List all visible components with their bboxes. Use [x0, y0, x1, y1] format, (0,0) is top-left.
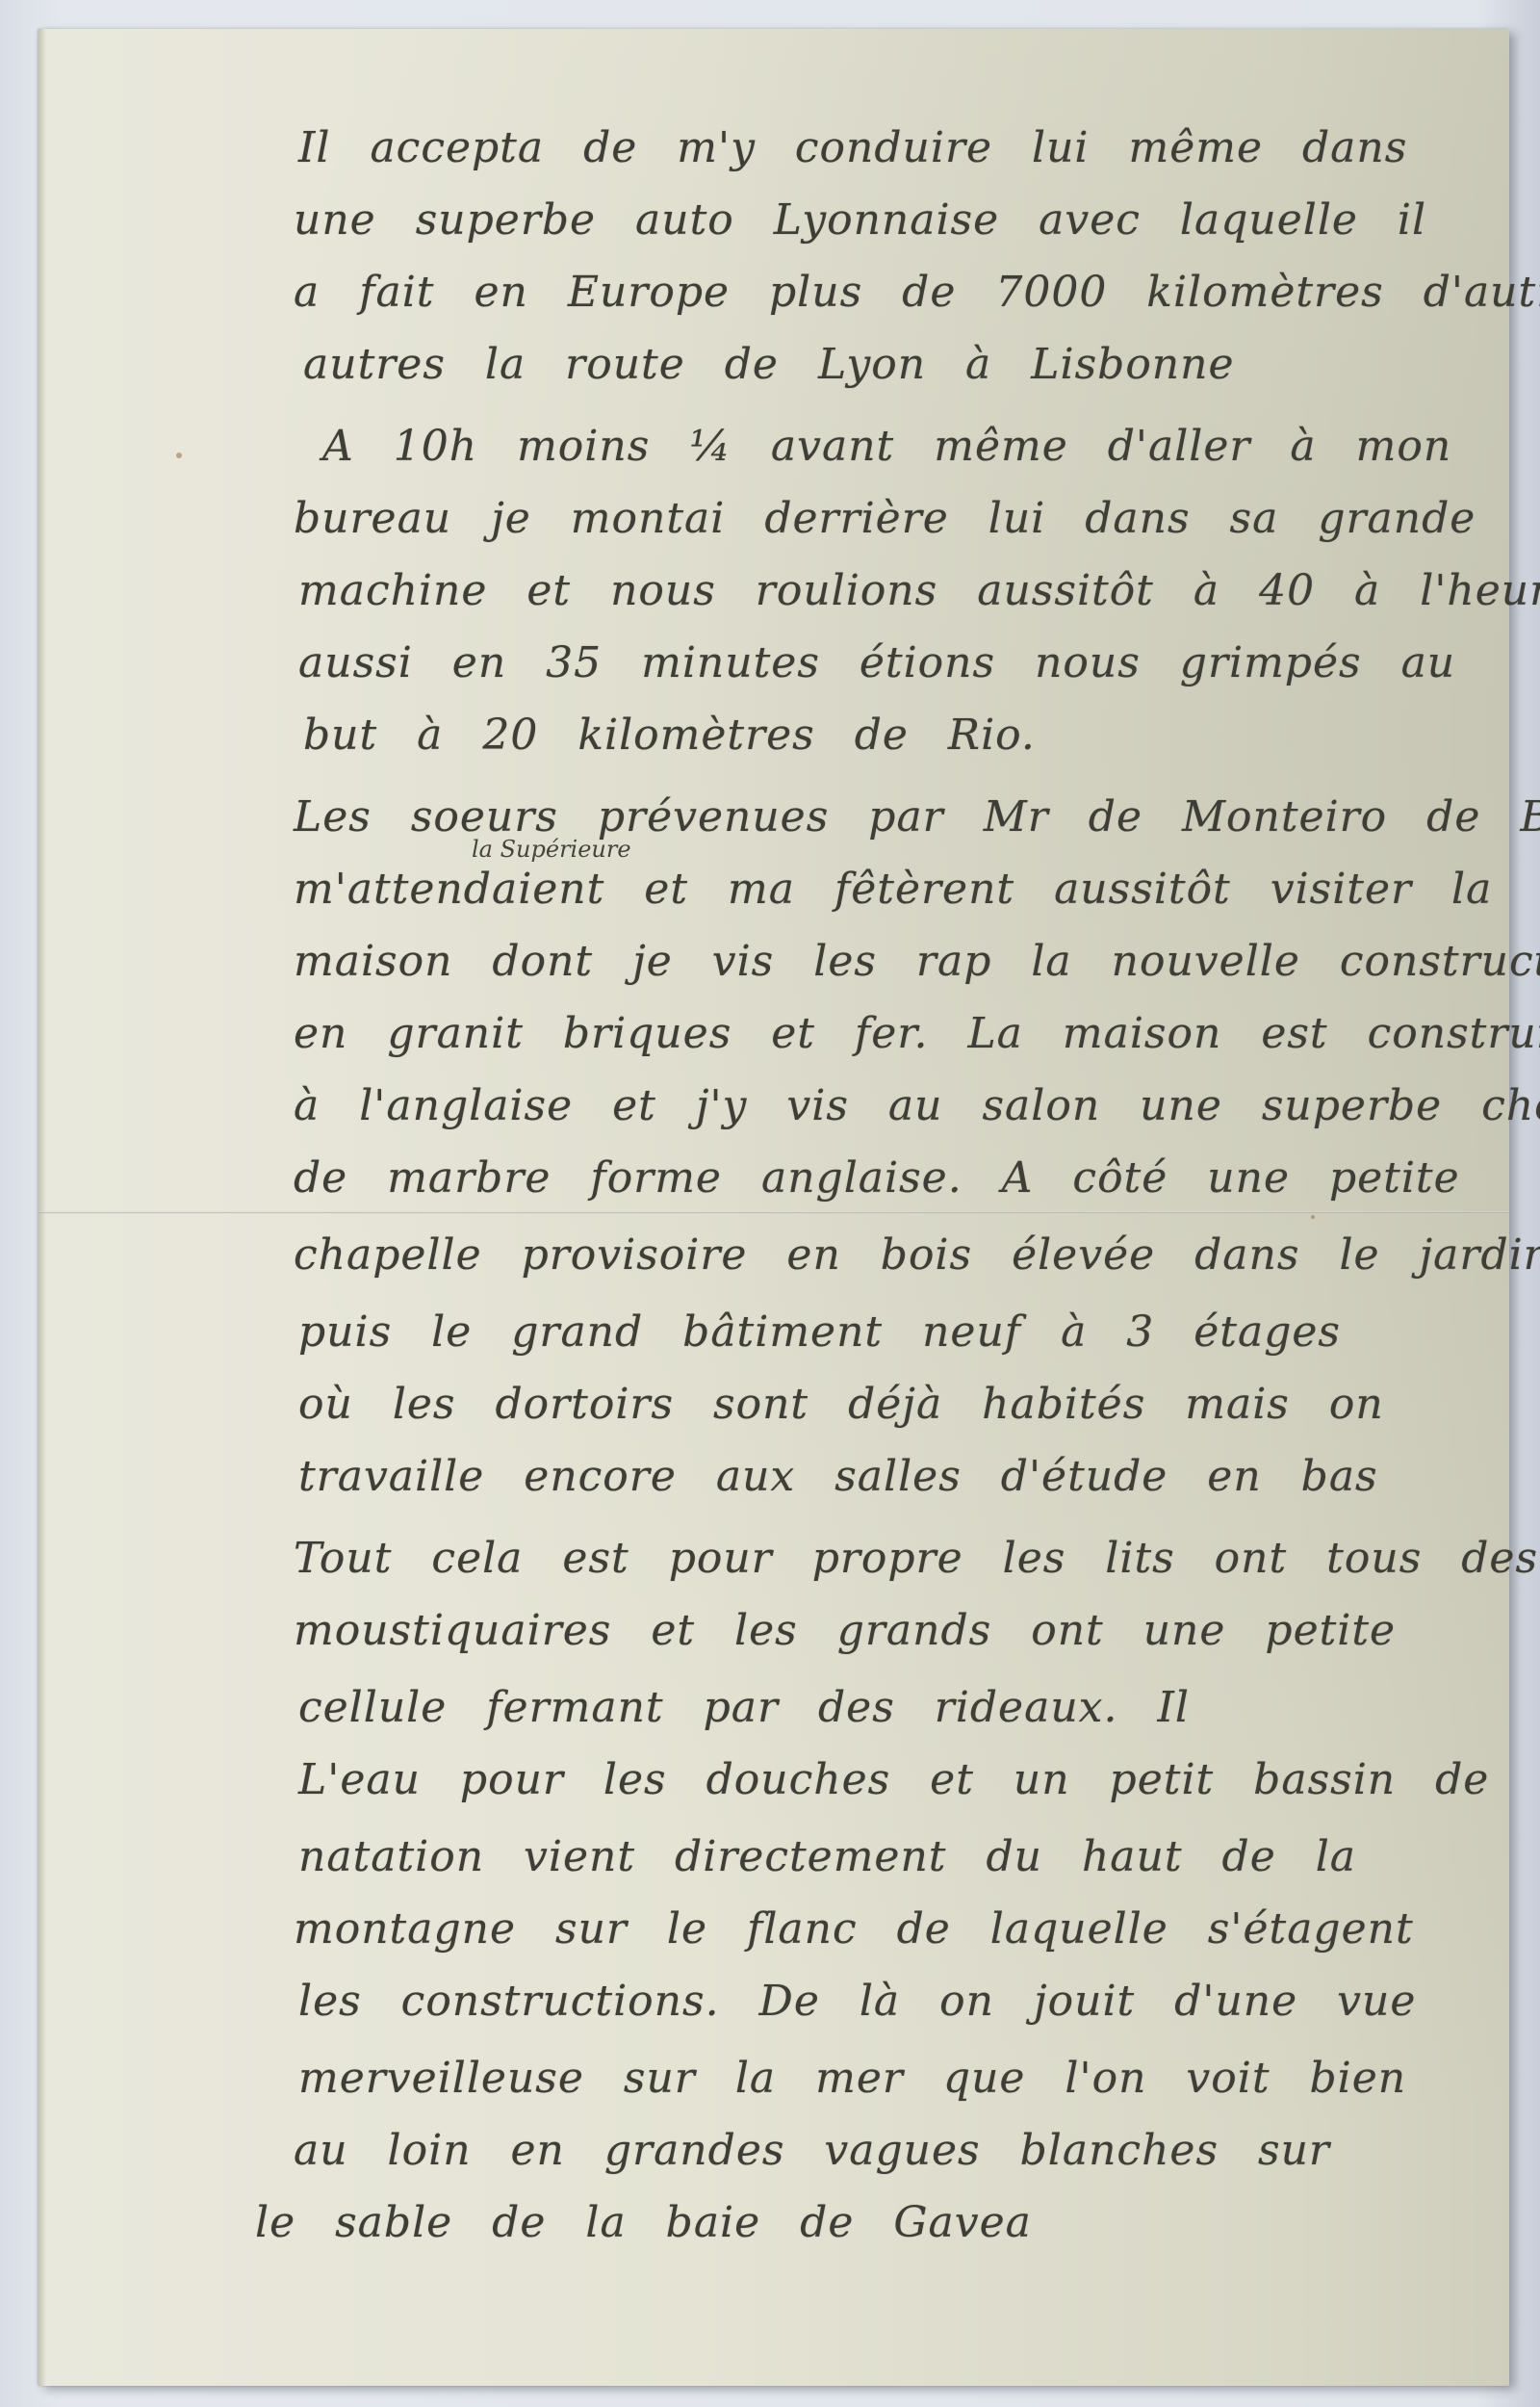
- text-line: montagne sur le flanc de laquelle s'étag…: [294, 1904, 1414, 1954]
- text-line: natation vient directement du haut de la: [298, 1832, 1356, 1881]
- text-line: Tout cela est pour propre les lits ont t…: [294, 1534, 1538, 1583]
- text-line: a fait en Europe plus de 7000 kilomètres…: [294, 268, 1540, 317]
- text-line: aussi en 35 minutes étions nous grimpés …: [298, 638, 1455, 687]
- text-line: cellule fermant par des rideaux. Il: [298, 1683, 1190, 1732]
- text-line: machine et nous roulions aussitôt à 40 à…: [298, 566, 1540, 615]
- text-line: A 10h moins ¼ avant même d'aller à mon: [322, 422, 1451, 471]
- text-line: de marbre forme anglaise. A côté une pet…: [294, 1153, 1460, 1203]
- text-line: à l'anglaise et j'y vis au salon une sup…: [294, 1081, 1540, 1130]
- text-line: autres la route de Lyon à Lisbonne: [303, 340, 1235, 389]
- text-line: où les dortoirs sont déjà habités mais o…: [298, 1380, 1384, 1429]
- text-line: L'eau pour les douches et un petit bassi…: [298, 1755, 1489, 1804]
- superscript-insertion: la Supérieure: [472, 836, 631, 863]
- text-line: maison dont je vis les rap la nouvelle c…: [294, 937, 1540, 986]
- text-line: merveilleuse sur la mer que l'on voit bi…: [298, 2054, 1406, 2103]
- text-line: une superbe auto Lyonnaise avec laquelle…: [294, 195, 1426, 245]
- text-line: Les soeurs prévenues par Mr de Monteiro …: [294, 792, 1540, 841]
- text-line: Il accepta de m'y conduire lui même dans: [298, 123, 1407, 172]
- text-line: moustiquaires et les grands ont une peti…: [294, 1606, 1396, 1655]
- text-line: but à 20 kilomètres de Rio.: [303, 711, 1036, 760]
- fold-crease: [38, 1211, 1509, 1214]
- ink-spot: [1311, 1215, 1315, 1219]
- text-line: m'attendaient et ma fêtèrent aussitôt vi…: [294, 865, 1492, 914]
- text-line: travaille encore aux salles d'étude en b…: [298, 1452, 1378, 1501]
- text-line: puis le grand bâtiment neuf à 3 étages: [298, 1307, 1341, 1357]
- letter-page: Il accepta de m'y conduire lui même dans…: [38, 29, 1509, 2386]
- text-line: au loin en grandes vagues blanches sur: [294, 2126, 1330, 2175]
- text-line: les constructions. De là on jouit d'une …: [298, 1977, 1416, 2026]
- text-line: bureau je montai derrière lui dans sa gr…: [294, 494, 1476, 543]
- text-line: le sable de la baie de Gavea: [255, 2198, 1032, 2247]
- text-line: en granit briques et fer. La maison est …: [294, 1009, 1540, 1058]
- ink-spot: [176, 453, 182, 458]
- text-line: chapelle provisoire en bois élevée dans …: [294, 1230, 1540, 1280]
- paper-edge: [38, 29, 46, 2386]
